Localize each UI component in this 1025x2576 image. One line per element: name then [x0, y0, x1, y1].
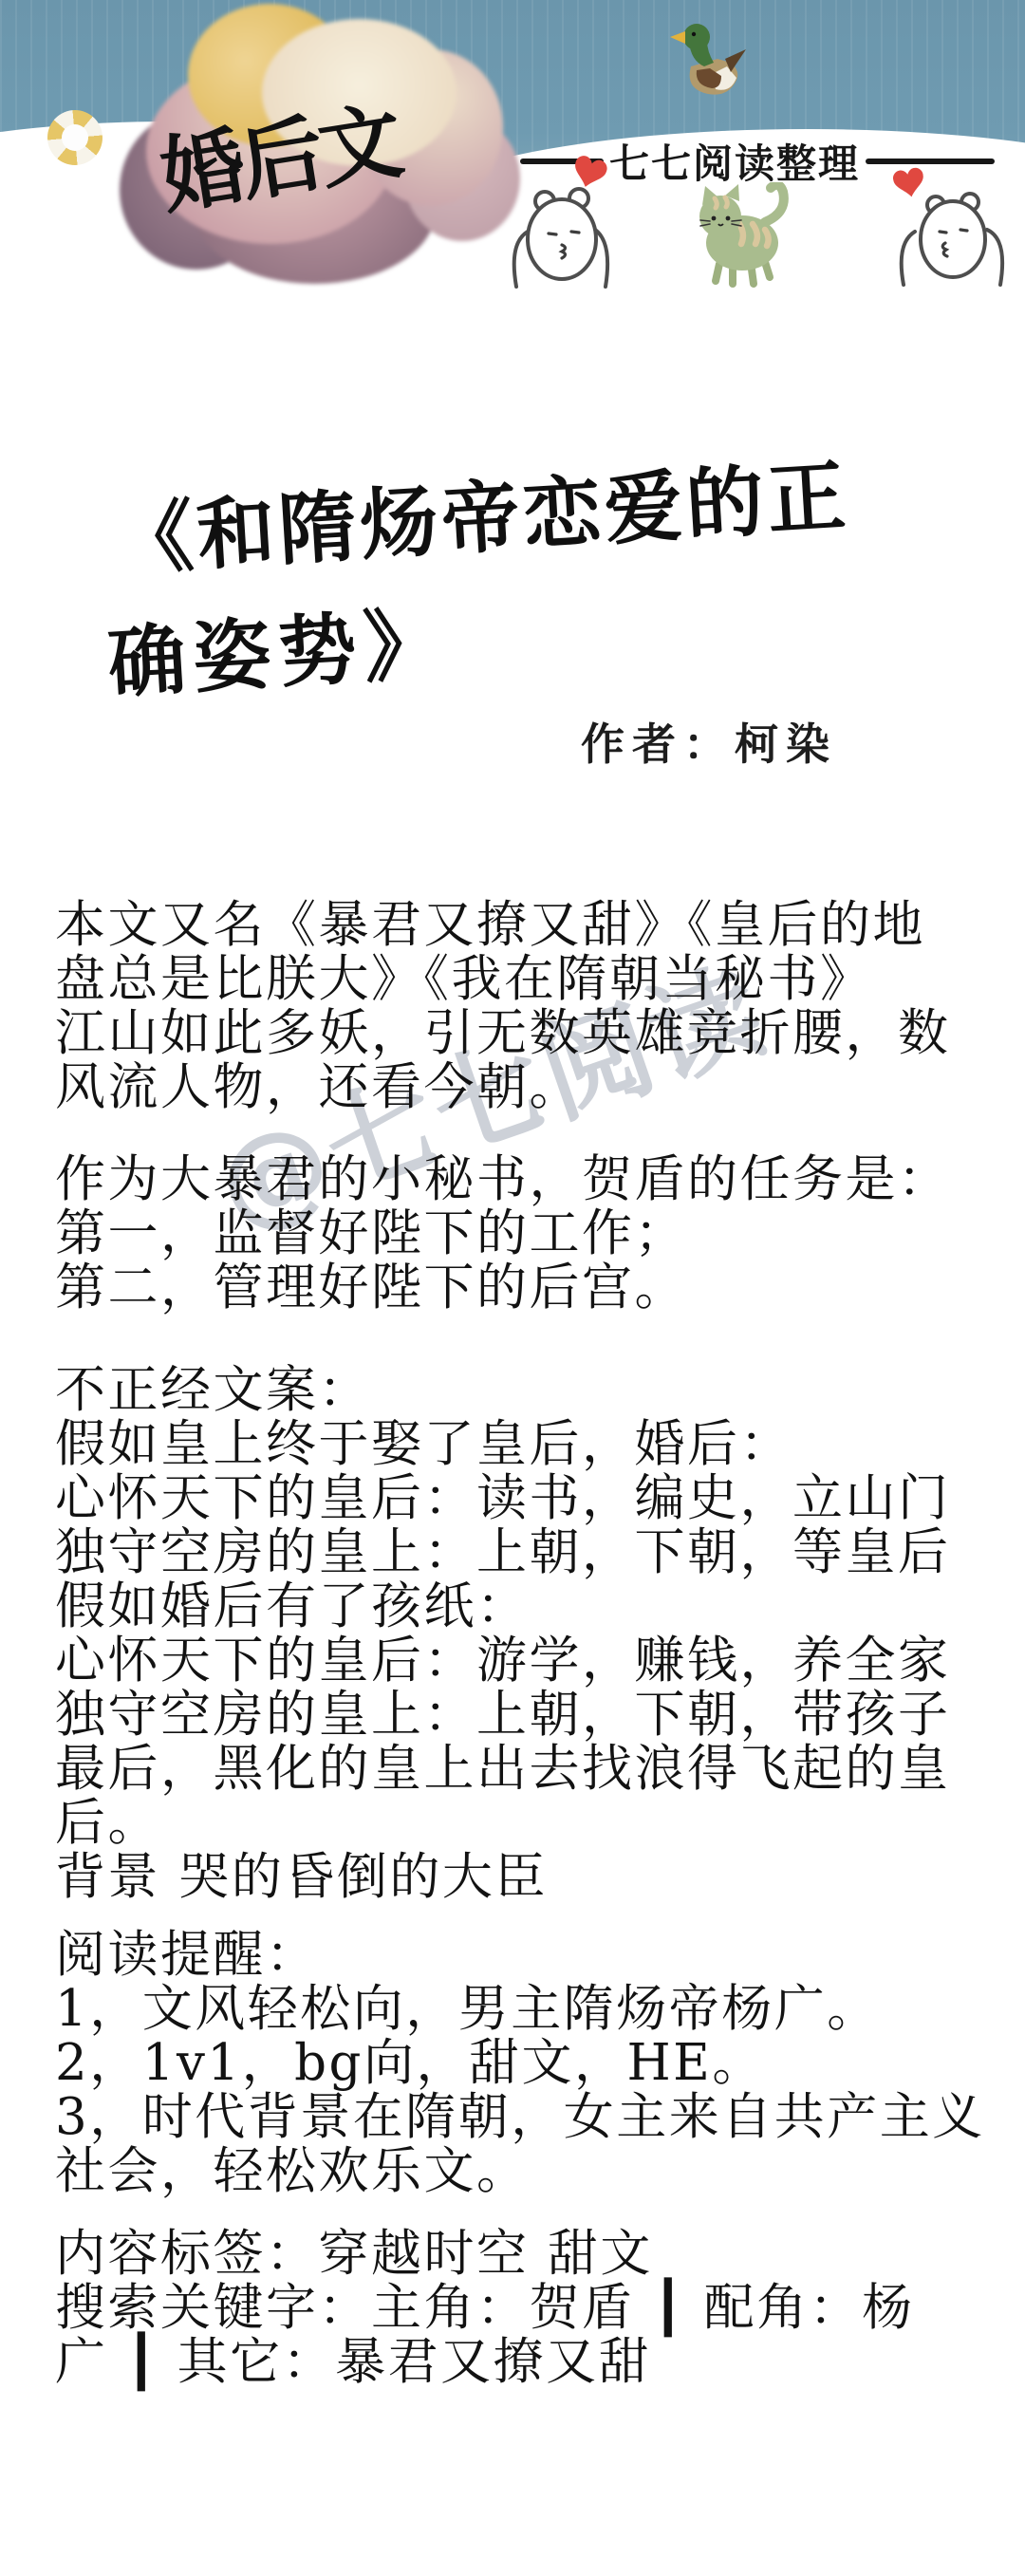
body-line: 心怀天下的皇后：游学，赚钱，养全家	[55, 1633, 990, 1688]
body-line: 背景 哭的昏倒的大臣	[55, 1850, 990, 1904]
body-line: 内容标签：穿越时空 甜文	[55, 2227, 990, 2281]
author-line: 作者：柯染	[581, 710, 837, 773]
body-line: 本文又名《暴君又撩又甜》《皇后的地	[55, 898, 990, 952]
duck-icon	[662, 19, 750, 106]
divider-line	[866, 159, 995, 164]
paragraph-reading-notes: 阅读提醒： 1，文风轻松向，男主隋炀帝杨广。 2，1v1，bg向，甜文，HE。 …	[55, 1928, 990, 2198]
body-line: 作为大暴君的小秘书，贺盾的任务是：	[55, 1152, 990, 1206]
body-line: 广 ┃ 其它：暴君又撩又甜	[55, 2335, 990, 2389]
heart-icon	[892, 166, 927, 199]
paragraph-tags-keywords: 内容标签：穿越时空 甜文 搜索关键字：主角：贺盾 ┃ 配角：杨 广 ┃ 其它：暴…	[55, 2227, 990, 2389]
body-line: 独守空房的皇上：上朝，下朝，带孩子	[55, 1688, 990, 1742]
body-line: 假如皇上终于娶了皇后，婚后：	[55, 1417, 990, 1471]
cat-icon	[689, 182, 795, 289]
body-line: 1，文风轻松向，男主隋炀帝杨广。	[55, 1982, 990, 2036]
body-line: 2，1v1，bg向，甜文，HE。	[55, 2036, 990, 2090]
paragraph-joke-blurb: 不正经文案： 假如皇上终于娶了皇后，婚后： 心怀天下的皇后：读书，编史，立山门 …	[55, 1363, 990, 1904]
body-line: 社会，轻松欢乐文。	[55, 2144, 990, 2198]
body-line: 搜索关键字：主角：贺盾 ┃ 配角：杨	[55, 2281, 990, 2335]
body-line: 不正经文案：	[55, 1363, 990, 1417]
body-line: 第二，管理好陛下的后宫。	[55, 1260, 990, 1315]
body-line: 最后，黑化的皇上出去找浪得飞起的皇	[55, 1742, 990, 1796]
body-line: 盘总是比朕大》《我在隋朝当秘书》	[55, 952, 990, 1006]
body-line: 江山如此多妖，引无数英雄竞折腰，数	[55, 1006, 990, 1060]
body-line: 独守空房的皇上：上朝，下朝，等皇后	[55, 1525, 990, 1579]
book-title: 《和隋炀帝恋爱的正 确姿势》	[97, 435, 860, 714]
body-text: 本文又名《暴君又撩又甜》《皇后的地 盘总是比朕大》《我在隋朝当秘书》 江山如此多…	[55, 898, 990, 2389]
body-line: 后。	[55, 1796, 990, 1850]
paragraph-alt-titles: 本文又名《暴君又撩又甜》《皇后的地 盘总是比朕大》《我在隋朝当秘书》 江山如此多…	[55, 898, 990, 1114]
body-line: 风流人物，还看今朝。	[55, 1060, 990, 1114]
recommendation-card: 婚后文 七七阅读整理	[0, 0, 1025, 2576]
body-line: 第一，监督好陛下的工作；	[55, 1206, 990, 1260]
bear-left-icon	[509, 177, 613, 289]
paragraph-tasks: 作为大暴君的小秘书，贺盾的任务是： 第一，监督好陛下的工作； 第二，管理好陛下的…	[55, 1152, 990, 1315]
lifebuoy-icon	[47, 110, 102, 165]
body-line: 心怀天下的皇后：读书，编史，立山门	[55, 1471, 990, 1525]
body-line: 阅读提醒：	[55, 1928, 990, 1982]
bear-right-icon	[896, 188, 1008, 287]
body-line: 3，时代背景在隋朝，女主来自共产主义	[55, 2090, 990, 2144]
body-line: 假如婚后有了孩纸：	[55, 1579, 990, 1633]
